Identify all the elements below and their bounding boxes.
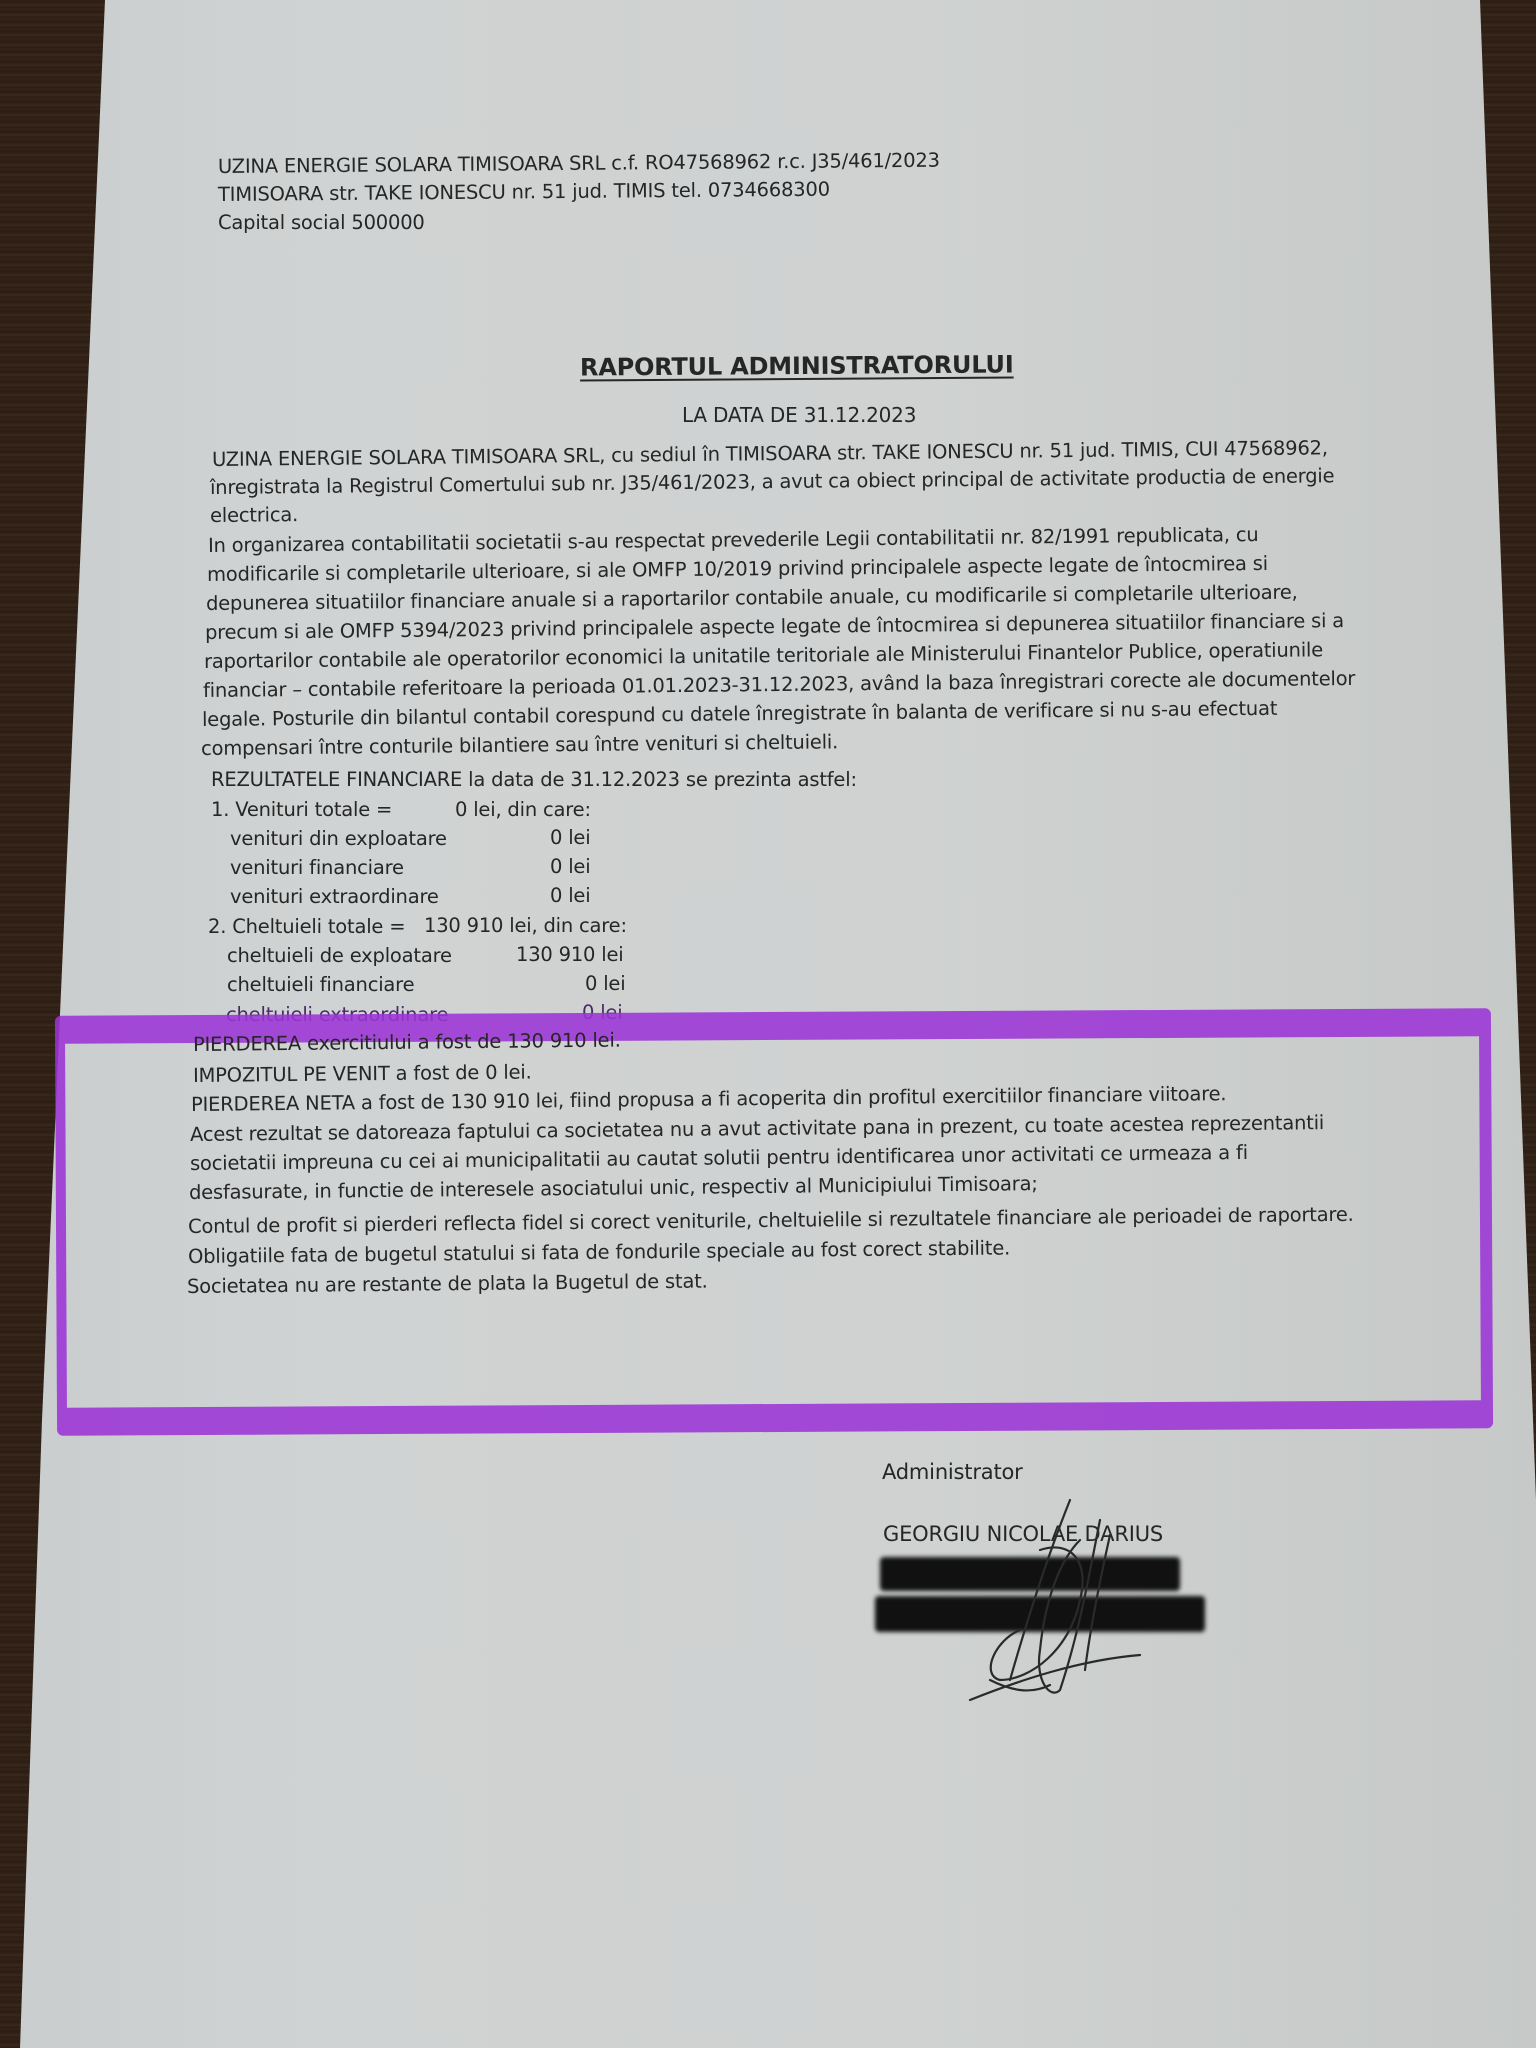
revenue-total-label: 1. Venituri totale = [211, 798, 392, 821]
expense-total-label: 2. Cheltuieli totale = [208, 915, 405, 938]
revenue-item-value: 0 lei [550, 826, 590, 849]
intro-line: înregistrata la Registrul Comertului sub… [210, 464, 1335, 499]
income-tax-line: IMPOZITUL PE VENIT a fost de 0 lei. [193, 1060, 532, 1087]
accounting-line: raportarilor contabile ale operatorilor … [204, 638, 1323, 673]
accounting-line: legale. Posturile din bilantul contabil … [202, 697, 1277, 731]
document: UZINA ENERGIE SOLARA TIMISOARA SRL c.f. … [0, 0, 1536, 2048]
report-date: LA DATA DE 31.12.2023 [682, 403, 916, 427]
accounting-line: precum si ale OMFP 5394/2023 privind pri… [205, 609, 1344, 644]
intro-line: electrica. [210, 503, 298, 527]
company-header-line: UZINA ENERGIE SOLARA TIMISOARA SRL c.f. … [218, 149, 940, 178]
handwritten-signature-icon [940, 1480, 1160, 1710]
accounting-line: In organizarea contabilitatii societatii… [208, 523, 1259, 557]
loss-line: PIERDEREA exercitiului a fost de 130 910… [193, 1029, 621, 1056]
expense-item-value: 0 lei [585, 972, 625, 995]
accounting-line: modificarile si completarile ulterioare,… [207, 552, 1268, 586]
revenue-item-label: venituri financiare [230, 856, 404, 879]
revenue-item-label: venituri din exploatare [230, 827, 447, 850]
revenue-item-value: 0 lei [550, 855, 590, 878]
company-address-line: TIMISOARA str. TAKE IONESCU nr. 51 jud. … [218, 178, 830, 206]
expense-item-value: 130 910 lei [516, 943, 623, 966]
accounting-line: compensari între conturile bilantiere sa… [201, 730, 838, 760]
expense-total-value: 130 910 lei, din care: [424, 914, 627, 937]
accounting-line: depunerea situatiilor financiare anuale … [206, 581, 1298, 615]
company-capital-line: Capital social 500000 [218, 211, 425, 234]
report-title: RAPORTUL ADMINISTRATORULUI [580, 350, 1014, 381]
expense-item-label: cheltuieli de exploatare [227, 944, 452, 967]
expense-item-label: cheltuieli financiare [227, 973, 414, 996]
revenue-item-label: venituri extraordinare [230, 885, 439, 908]
revenue-item-value: 0 lei [550, 884, 590, 907]
results-heading: REZULTATELE FINANCIARE la data de 31.12.… [211, 768, 857, 791]
revenue-total-value: 0 lei, din care: [455, 798, 591, 821]
